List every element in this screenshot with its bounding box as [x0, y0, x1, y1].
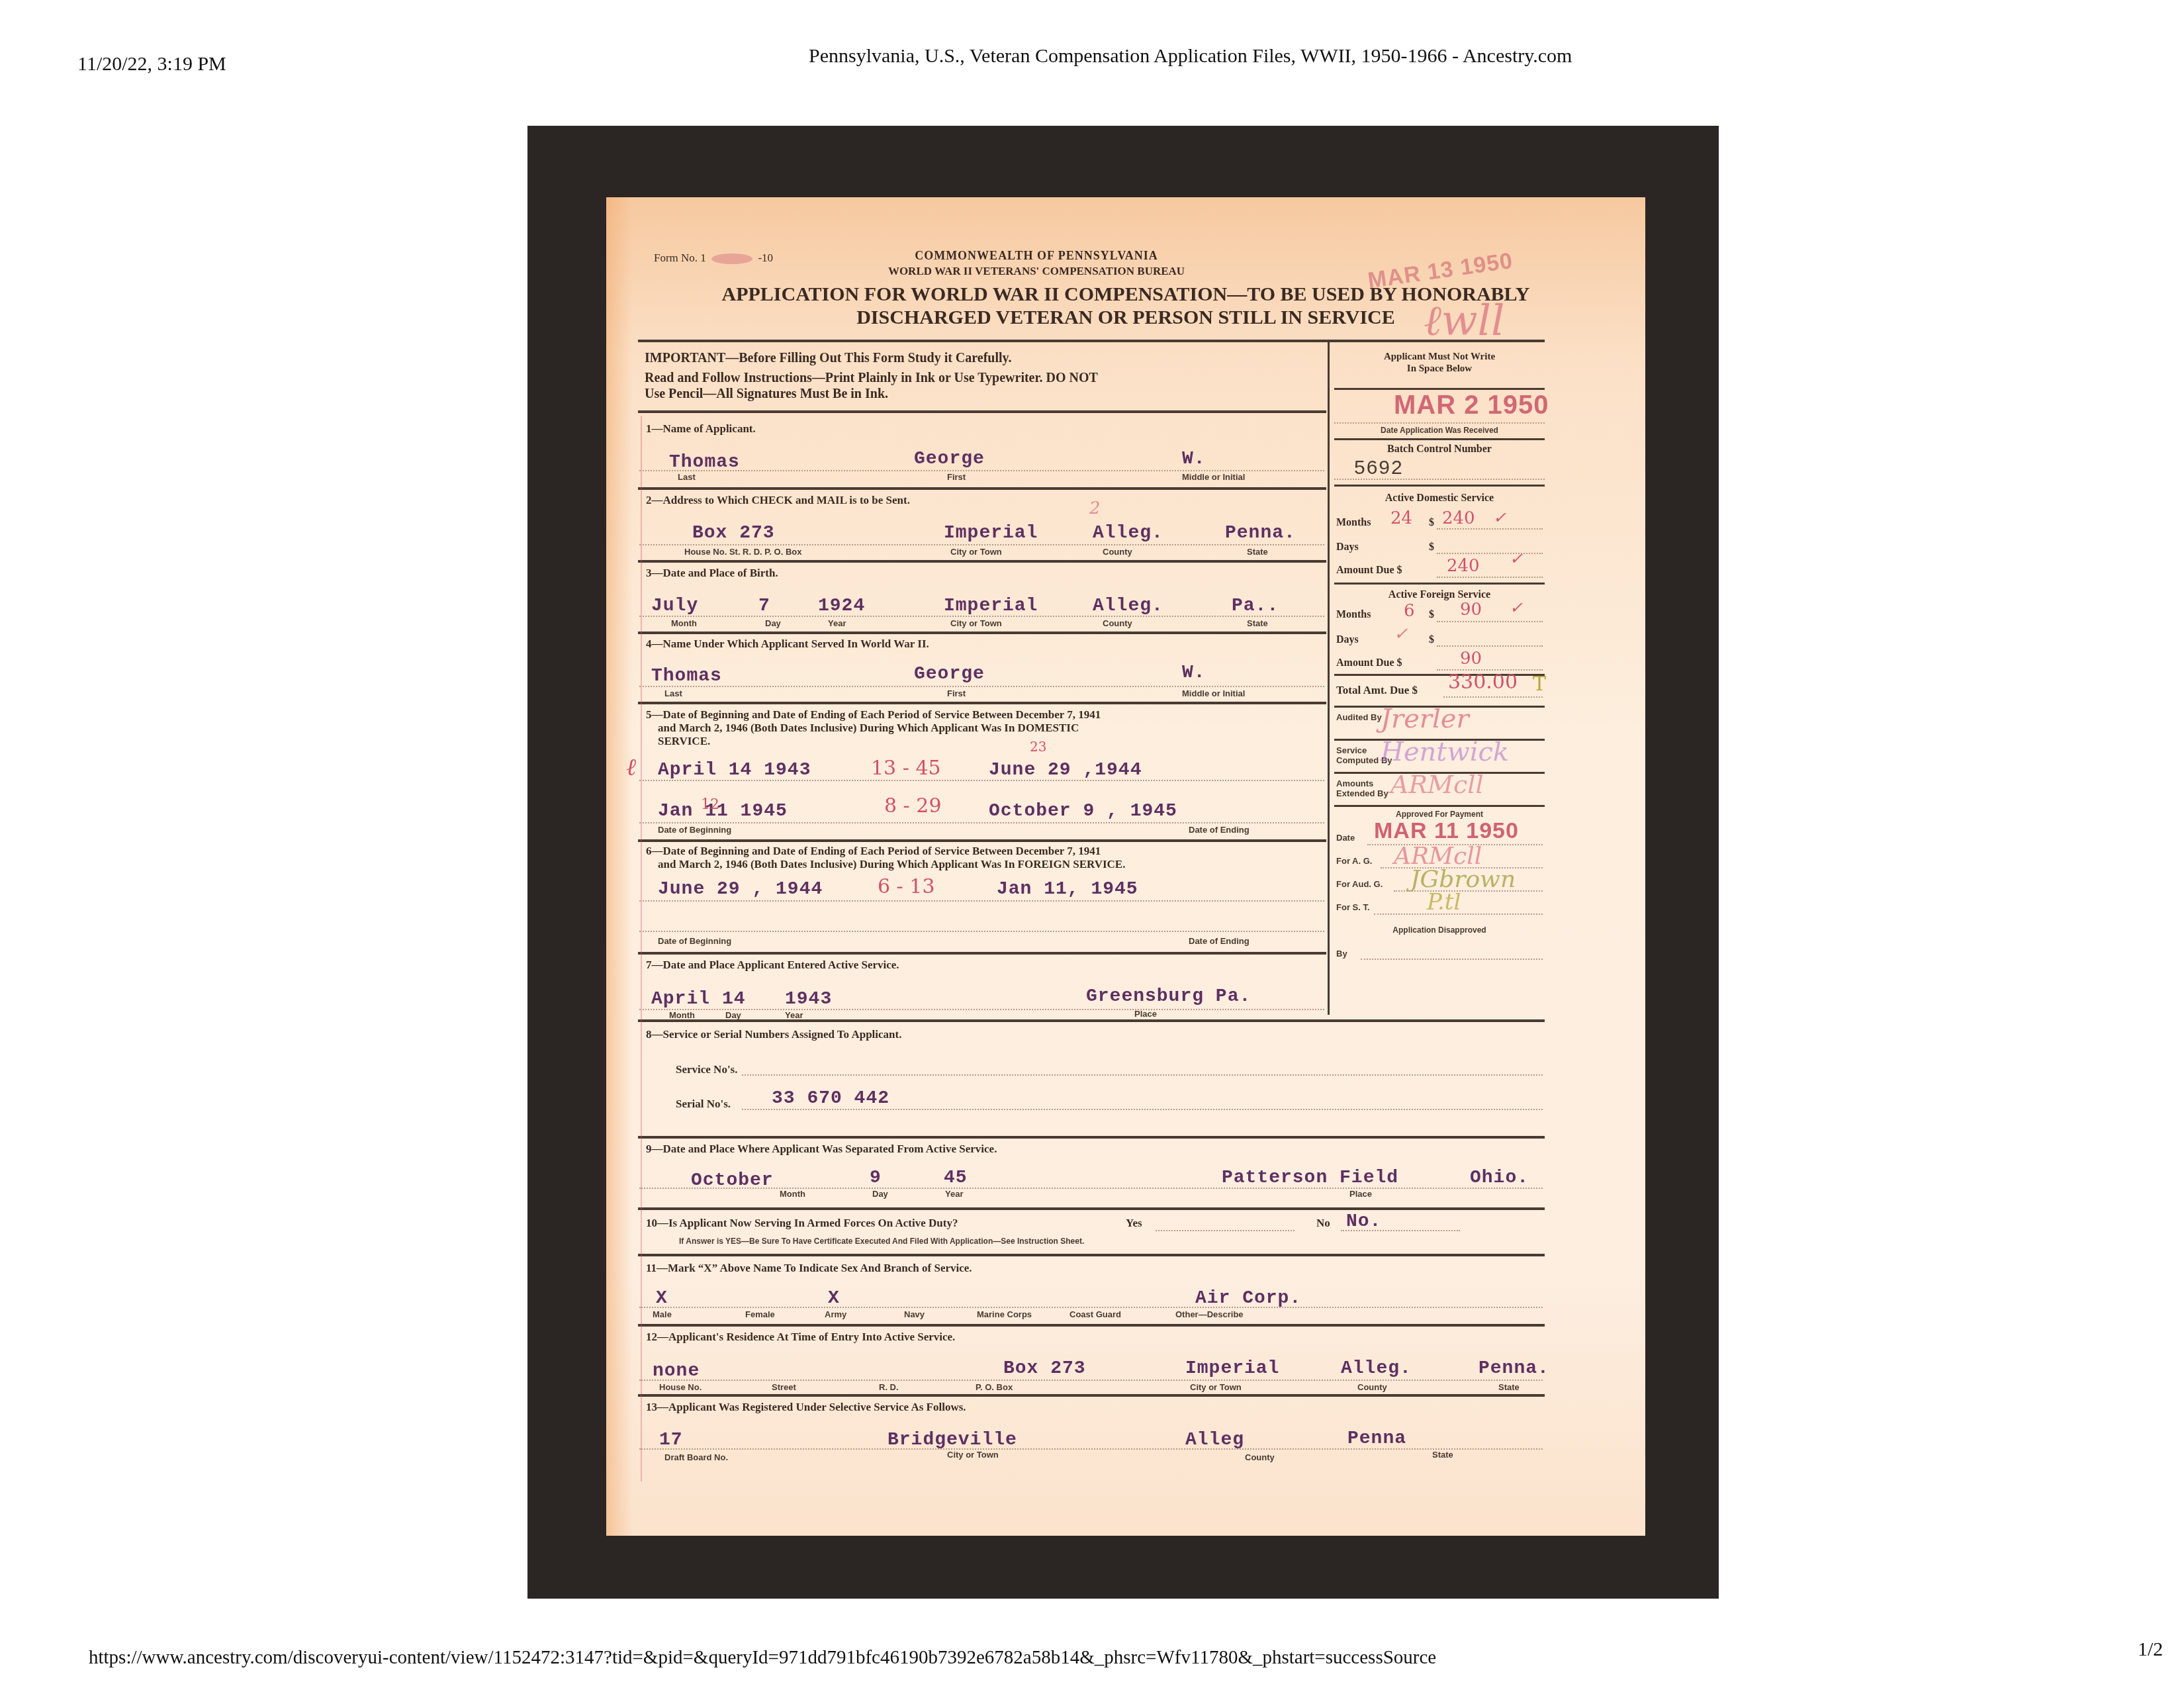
- entered-place: Greensburg Pa.: [1086, 986, 1251, 1007]
- foreign-period-1-end: Jan 11, 1945: [997, 879, 1138, 900]
- caption-state: State: [1247, 618, 1268, 628]
- applicant-first-name: George: [914, 449, 985, 469]
- margin-mark: 2: [1089, 498, 1101, 518]
- caption-year: Year: [828, 618, 846, 628]
- section-1-label: 1—Name of Applicant.: [646, 422, 756, 436]
- mailing-county: Alleg.: [1093, 523, 1163, 543]
- caption-place: Place: [1134, 1009, 1157, 1019]
- batch-control-number: 5692: [1354, 457, 1404, 479]
- section-6-label-line-2: and March 2, 1946 (Both Dates Inclusive)…: [658, 858, 1125, 871]
- domestic-amount-due: 240: [1447, 556, 1480, 576]
- approved-date-label: Date: [1336, 833, 1355, 843]
- amounts-extended-signature: ARMcll: [1390, 770, 1484, 799]
- check-mark: ✓: [1510, 598, 1523, 617]
- residence-state: Penna.: [1479, 1358, 1549, 1379]
- option-marine-corps: Marine Corps: [977, 1309, 1032, 1319]
- option-army: Army: [825, 1309, 846, 1319]
- domestic-days-label: Days: [1336, 541, 1359, 553]
- domestic-months-amount: 240: [1442, 508, 1475, 528]
- foreign-months-amount: 90: [1460, 600, 1482, 620]
- birth-city: Imperial: [944, 596, 1038, 616]
- foreign-days-label: Days: [1336, 634, 1359, 646]
- print-page-title: Pennsylvania, U.S., Veteran Compensation…: [809, 45, 1572, 68]
- domestic-period-1-end-correction: 23: [1030, 739, 1046, 755]
- separated-day: 9: [870, 1168, 882, 1188]
- section-11-label: 11—Mark “X” Above Name To Indicate Sex A…: [646, 1262, 972, 1275]
- caption-date-beginning: Date of Beginning: [658, 936, 731, 946]
- caption-date-ending: Date of Ending: [1189, 936, 1250, 946]
- section-12-label: 12—Applicant's Residence At Time of Entr…: [646, 1331, 955, 1344]
- option-coast-guard: Coast Guard: [1069, 1309, 1121, 1319]
- caption-last: Last: [678, 472, 696, 482]
- option-male: Male: [653, 1309, 672, 1319]
- active-duty-note: If Answer is YES—Be Sure To Have Certifi…: [679, 1237, 1084, 1246]
- office-header-line-2: In Space Below: [1334, 363, 1545, 375]
- foreign-months-value: 6: [1404, 601, 1415, 621]
- total-amount-label: Total Amt. Due $: [1336, 684, 1418, 697]
- service-computed-signature: Hentwick: [1381, 737, 1509, 767]
- date-received-caption: Date Application Was Received: [1334, 426, 1545, 435]
- domestic-amount-label: Amount Due $: [1336, 565, 1402, 577]
- serial-numbers-label: Serial No's.: [676, 1098, 731, 1111]
- foreign-period-1-note: 6 - 13: [878, 875, 934, 898]
- for-aud-g-signature: JGbrown: [1410, 866, 1516, 893]
- agency-line-2: WORLD WAR II VETERANS' COMPENSATION BURE…: [606, 265, 1467, 278]
- caption-street: House No. St. R. D. P. O. Box: [684, 547, 801, 557]
- option-other-describe: Other—Describe: [1175, 1309, 1244, 1319]
- entered-year: 1943: [785, 989, 832, 1009]
- office-use-header: Applicant Must Not Write In Space Below: [1334, 351, 1545, 375]
- caption-county: County: [1357, 1382, 1387, 1392]
- caption-place: Place: [1349, 1189, 1372, 1199]
- initials-signature: ℓwll: [1424, 297, 1504, 346]
- caption-month: Month: [669, 1010, 695, 1020]
- approved-date-stamp: MAR 11 1950: [1374, 818, 1519, 844]
- caption-year: Year: [945, 1189, 963, 1199]
- dollar-sign: $: [1429, 517, 1434, 529]
- caption-city: City or Town: [950, 547, 1002, 557]
- birth-year: 1924: [818, 596, 865, 616]
- print-page-number: 1/2: [2138, 1638, 2163, 1661]
- option-mark: X: [656, 1288, 668, 1309]
- for-st-label: For S. T.: [1336, 902, 1370, 912]
- caption-city: City or Town: [950, 618, 1002, 628]
- important-notice: IMPORTANT—Before Filling Out This Form S…: [645, 351, 1012, 366]
- draft-city: Bridgeville: [887, 1430, 1017, 1450]
- domestic-period-1-begin: April 14 1943: [658, 760, 811, 780]
- separated-place: Patterson Field: [1222, 1168, 1398, 1188]
- print-url[interactable]: https://www.ancestry.com/discoveryui-con…: [89, 1647, 1436, 1669]
- section-9-label: 9—Date and Place Where Applicant Was Sep…: [646, 1143, 997, 1156]
- office-header-line-1: Applicant Must Not Write: [1334, 351, 1545, 363]
- serial-number-value: 33 670 442: [772, 1088, 889, 1109]
- disapproved-by-label: By: [1336, 949, 1347, 959]
- active-duty-no-value: No.: [1346, 1211, 1381, 1232]
- section-6-label: 6—Date of Beginning and Date of Ending o…: [646, 845, 1101, 858]
- check-mark: ✓: [1493, 508, 1506, 527]
- entered-month: April: [651, 989, 710, 1009]
- birth-county: Alleg.: [1093, 596, 1163, 616]
- caption-day: Day: [765, 618, 781, 628]
- service-last-name: Thomas: [651, 666, 722, 686]
- caption-house: House No.: [659, 1382, 702, 1392]
- domestic-period-2-note: 8 - 29: [884, 794, 941, 818]
- section-5-label-line-2: and March 2, 1946 (Both Dates Inclusive)…: [658, 722, 1079, 735]
- active-duty-no-label: No: [1316, 1217, 1330, 1230]
- domestic-service-title: Active Domestic Service: [1334, 492, 1545, 504]
- tick-mark: T: [1533, 673, 1546, 696]
- domestic-period-2-begin: Jan 11 1945: [658, 801, 788, 821]
- total-amount-value: 330.00: [1448, 671, 1518, 694]
- for-st-signature: P.tl: [1427, 889, 1461, 915]
- dollar-sign: $: [1429, 541, 1434, 553]
- service-numbers-label: Service No's.: [676, 1063, 737, 1076]
- check-mark: ✓: [1510, 549, 1523, 568]
- caption-middle: Middle or Initial: [1182, 688, 1245, 698]
- margin-line: [641, 416, 642, 1481]
- section-8-label: 8—Service or Serial Numbers Assigned To …: [646, 1028, 901, 1041]
- residence-house: none: [653, 1361, 700, 1382]
- for-ag-label: For A. G.: [1336, 856, 1372, 866]
- mailing-city: Imperial: [944, 523, 1038, 543]
- mailing-street: Box 273: [692, 523, 775, 543]
- caption-rd: R. D.: [879, 1382, 899, 1392]
- applicant-middle-initial: W.: [1182, 449, 1206, 469]
- entered-day: 14: [722, 989, 746, 1009]
- batch-control-label: Batch Control Number: [1334, 444, 1545, 455]
- caption-draft-board: Draft Board No.: [664, 1452, 728, 1462]
- approved-for-payment-title: Approved For Payment: [1334, 810, 1545, 819]
- print-datetime: 11/20/22, 3:19 PM: [77, 53, 226, 75]
- separated-state: Ohio.: [1470, 1168, 1529, 1188]
- caption-street: Street: [772, 1382, 796, 1392]
- agency-line-1: COMMONWEALTH OF PENNSYLVANIA: [606, 249, 1467, 263]
- for-aud-g-label: For Aud. G.: [1336, 879, 1383, 889]
- domestic-period-2-end: October 9 , 1945: [989, 801, 1177, 821]
- audited-by-label: Audited By: [1336, 712, 1382, 722]
- caption-month: Month: [780, 1189, 805, 1199]
- date-received-stamp: MAR 2 1950: [1394, 391, 1549, 420]
- caption-day: Day: [725, 1010, 741, 1020]
- draft-county: Alleg: [1185, 1430, 1244, 1450]
- birth-month: July: [651, 596, 698, 616]
- service-first-name: George: [914, 664, 985, 684]
- option-mark: Air Corp.: [1195, 1288, 1301, 1309]
- active-duty-yes-label: Yes: [1126, 1217, 1142, 1230]
- section-10-label: 10—Is Applicant Now Serving In Armed For…: [646, 1217, 958, 1230]
- caption-middle: Middle or Initial: [1182, 472, 1245, 482]
- draft-board-number: 17: [659, 1430, 683, 1450]
- caption-first: First: [947, 688, 966, 698]
- birth-day: 7: [758, 596, 770, 616]
- domestic-period-2-begin-correction: 12: [701, 796, 719, 813]
- service-middle-initial: W.: [1182, 663, 1206, 683]
- caption-month: Month: [671, 618, 697, 628]
- residence-city: Imperial: [1185, 1358, 1279, 1379]
- dollar-sign: $: [1429, 634, 1434, 646]
- caption-state: State: [1432, 1450, 1453, 1460]
- foreign-amount-due: 90: [1460, 649, 1482, 669]
- domestic-period-1-end: June 29 ,1944: [989, 760, 1142, 780]
- mailing-state: Penna.: [1225, 523, 1296, 543]
- domestic-months-label: Months: [1336, 517, 1371, 529]
- option-mark: X: [828, 1288, 840, 1309]
- caption-state: State: [1247, 547, 1268, 557]
- section-3-label: 3—Date and Place of Birth.: [646, 567, 778, 580]
- foreign-period-1-begin: June 29 , 1944: [658, 879, 823, 900]
- option-navy: Navy: [904, 1309, 925, 1319]
- caption-county: County: [1245, 1452, 1275, 1462]
- important-line-3: Use Pencil—All Signatures Must Be in Ink…: [645, 387, 888, 402]
- caption-city: City or Town: [947, 1450, 999, 1460]
- separated-year: 45: [944, 1168, 968, 1188]
- section-4-label: 4—Name Under Which Applicant Served In W…: [646, 637, 929, 651]
- caption-state: State: [1498, 1382, 1520, 1392]
- caption-po-box: P. O. Box: [976, 1382, 1013, 1392]
- tally-mark: ℓ: [626, 753, 636, 781]
- domestic-period-1-note: 13 - 45: [871, 757, 941, 780]
- important-line-2: Read and Follow Instructions—Print Plain…: [645, 371, 1098, 386]
- caption-year: Year: [785, 1010, 803, 1020]
- caption-day: Day: [872, 1189, 888, 1199]
- domestic-months-value: 24: [1390, 508, 1412, 528]
- check-mark: ✓: [1394, 624, 1408, 644]
- foreign-months-label: Months: [1336, 609, 1371, 621]
- section-7-label: 7—Date and Place Applicant Entered Activ…: [646, 959, 899, 972]
- residence-po-box: Box 273: [1003, 1358, 1086, 1379]
- caption-date-ending: Date of Ending: [1189, 825, 1250, 835]
- caption-date-beginning: Date of Beginning: [658, 825, 731, 835]
- application-form: Form No. 1 -10 COMMONWEALTH OF PENNSYLVA…: [606, 197, 1645, 1536]
- dollar-sign: $: [1429, 609, 1434, 621]
- application-disapproved-title: Application Disapproved: [1334, 925, 1545, 935]
- option-female: Female: [745, 1309, 775, 1319]
- residence-county: Alleg.: [1341, 1358, 1412, 1379]
- foreign-amount-label: Amount Due $: [1336, 657, 1402, 669]
- caption-county: County: [1103, 618, 1132, 628]
- birth-state: Pa..: [1232, 596, 1279, 616]
- column-divider: [1328, 340, 1330, 1015]
- draft-state: Penna: [1347, 1429, 1406, 1449]
- section-5-label-line-3: SERVICE.: [658, 735, 710, 748]
- caption-county: County: [1103, 547, 1132, 557]
- caption-city: City or Town: [1190, 1382, 1242, 1392]
- caption-last: Last: [664, 688, 682, 698]
- section-5-label: 5—Date of Beginning and Date of Ending o…: [646, 708, 1101, 722]
- section-13-label: 13—Applicant Was Registered Under Select…: [646, 1401, 966, 1414]
- audited-by-signature: Jrerler: [1381, 704, 1469, 734]
- section-2-label: 2—Address to Which CHECK and MAIL is to …: [646, 494, 910, 507]
- caption-first: First: [947, 472, 966, 482]
